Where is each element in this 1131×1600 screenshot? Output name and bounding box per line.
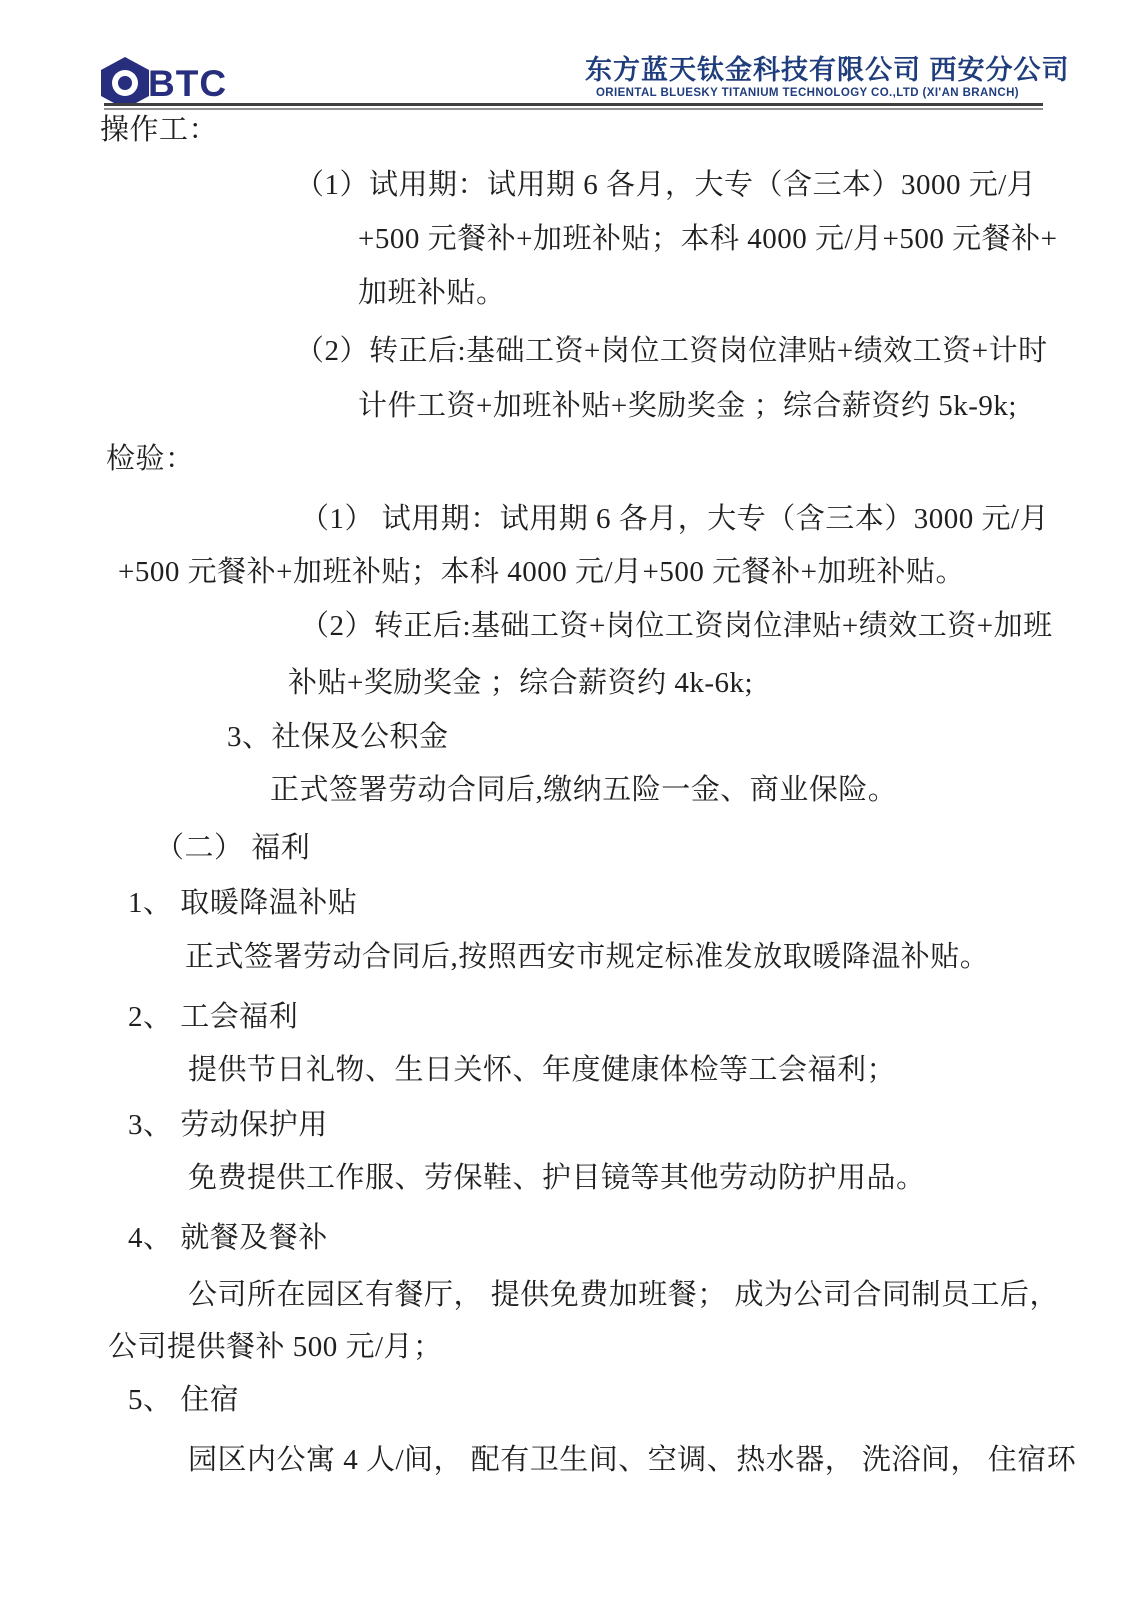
line-benefit-5-title: 5、 住宿 xyxy=(128,1380,239,1420)
company-name-block: 东方蓝天钛金科技有限公司 西安分公司 ORIENTAL BLUESKY TITA… xyxy=(585,54,1030,101)
document-page: BTC 东方蓝天钛金科技有限公司 西安分公司 ORIENTAL BLUESKY … xyxy=(0,0,1131,1600)
header-divider xyxy=(104,103,1043,110)
line-benefit-4-body-1: 公司所在园区有餐厅， 提供免费加班餐； 成为公司合同制员工后， xyxy=(188,1275,1059,1315)
line-benefit-5-body: 园区内公寓 4 人/间， 配有卫生间、空调、热水器， 洗浴间， 住宿环 xyxy=(188,1440,1076,1480)
company-name-cn: 东方蓝天钛金科技有限公司 西安分公司 xyxy=(585,54,1030,86)
line-op-probation-1: （1）试用期：试用期 6 各月，大专（含三本）3000 元/月 xyxy=(295,165,1036,205)
hexagon-nut-icon: BTC xyxy=(98,56,268,110)
line-op-regular-1: （2）转正后:基础工资+岗位工资岗位津贴+绩效工资+计时 xyxy=(295,331,1048,371)
logo-text: BTC xyxy=(148,63,227,104)
line-benefit-4-title: 4、 就餐及餐补 xyxy=(128,1218,328,1258)
line-ins-probation-2: +500 元餐补+加班补贴；本科 4000 元/月+500 元餐补+加班补贴。 xyxy=(118,552,965,592)
line-benefit-1-body: 正式签署劳动合同后,按照西安市规定标准发放取暖降温补贴。 xyxy=(185,937,989,977)
line-welfare-section-title: （二） 福利 xyxy=(155,828,310,868)
line-benefit-2-body: 提供节日礼物、生日关怀、年度健康体检等工会福利； xyxy=(188,1050,896,1090)
line-inspection-label: 检验： xyxy=(106,439,195,479)
company-logo: BTC xyxy=(98,56,268,110)
line-benefit-2-title: 2、 工会福利 xyxy=(128,997,298,1037)
line-op-probation-3: 加班补贴。 xyxy=(358,273,506,313)
line-social-insurance-body: 正式签署劳动合同后,缴纳五险一金、商业保险。 xyxy=(270,770,897,810)
line-benefit-4-body-2: 公司提供餐补 500 元/月； xyxy=(108,1327,443,1367)
line-op-probation-2: +500 元餐补+加班补贴；本科 4000 元/月+500 元餐补+ xyxy=(358,219,1057,259)
line-benefit-3-title: 3、 劳动保护用 xyxy=(128,1105,328,1145)
line-ins-regular-2: 补贴+奖励奖金 ；综合薪资约 4k-6k; xyxy=(288,663,753,703)
line-operator-label: 操作工： xyxy=(100,110,218,150)
line-social-insurance-title: 3、社保及公积金 xyxy=(227,717,449,757)
line-benefit-1-title: 1、 取暖降温补贴 xyxy=(128,883,357,923)
line-op-regular-2: 计件工资+加班补贴+奖励奖金 ；综合薪资约 5k-9k; xyxy=(358,386,1017,426)
company-name-en: ORIENTAL BLUESKY TITANIUM TECHNOLOGY CO.… xyxy=(585,86,1030,101)
line-ins-probation-1: （1） 试用期：试用期 6 各月，大专（含三本）3000 元/月 xyxy=(300,499,1049,539)
line-ins-regular-1: （2）转正后:基础工资+岗位工资岗位津贴+绩效工资+加班 xyxy=(300,606,1053,646)
line-benefit-3-body: 免费提供工作服、劳保鞋、护目镜等其他劳动防护用品。 xyxy=(188,1158,926,1198)
